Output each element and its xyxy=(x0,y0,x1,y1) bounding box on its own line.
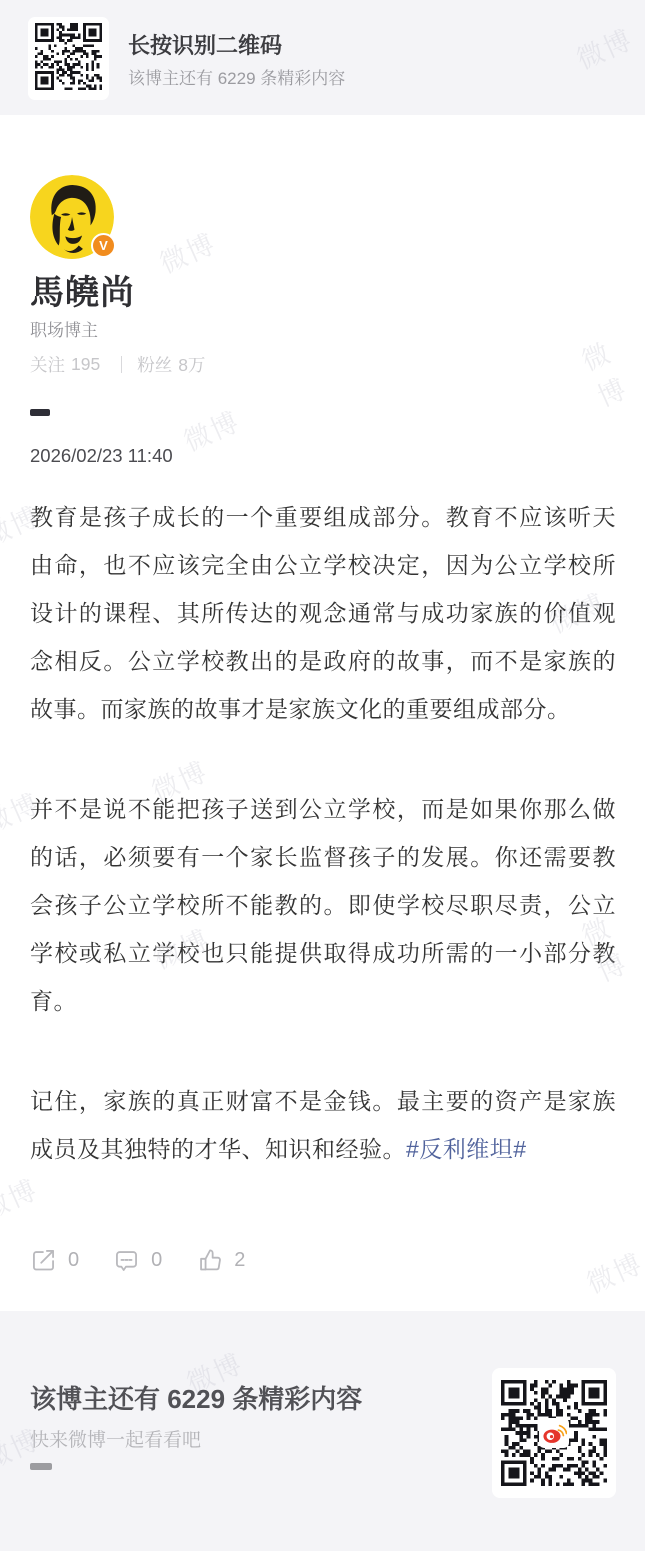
footer-qr-code[interactable] xyxy=(492,1368,616,1498)
post-paragraph: 教育是孩子成长的一个重要组成部分。教育不应该听天由命，也不应该完全由公立学校决定… xyxy=(30,493,616,733)
stats-divider xyxy=(121,356,122,373)
repost-button[interactable]: 0 xyxy=(30,1247,79,1274)
qr-code-image xyxy=(35,23,102,95)
comment-count: 0 xyxy=(151,1249,162,1272)
comment-button[interactable]: 0 xyxy=(113,1247,162,1274)
like-button[interactable]: 2 xyxy=(196,1247,245,1274)
qr-code-image xyxy=(501,1473,607,1490)
followers-label: 粉丝 xyxy=(137,352,172,377)
weibo-eye-icon xyxy=(541,1420,567,1446)
collapsed-menu-dash xyxy=(30,409,50,416)
share-header: 长按识别二维码 该博主还有 6229 条精彩内容 xyxy=(0,0,645,115)
profile-role: 职场博主 xyxy=(30,316,98,341)
post-date: 2026/02/23 11:40 xyxy=(30,445,173,467)
footer-title: 该博主还有 6229 条精彩内容 xyxy=(30,1379,362,1416)
verified-badge: V xyxy=(91,233,116,258)
following-label: 关注 xyxy=(30,352,65,377)
like-icon xyxy=(196,1247,223,1274)
qr-hint-text: 长按识别二维码 xyxy=(128,29,282,60)
profile-stats: 关注 195 粉丝 8万 xyxy=(30,352,211,377)
post-paragraph: 记住，家族的真正财富不是金钱。最主要的资产是家族成员及其独特的才华、知识和经验。… xyxy=(30,1077,616,1173)
footer-dash xyxy=(30,1463,52,1470)
post-card: V 馬皢尚 职场博主 关注 195 粉丝 8万 2026/02/23 11:40… xyxy=(0,115,645,1311)
share-footer: 该博主还有 6229 条精彩内容 快来微博一起看看吧 xyxy=(0,1311,645,1551)
like-count: 2 xyxy=(234,1249,245,1272)
more-content-text: 该博主还有 6229 条精彩内容 xyxy=(128,64,345,89)
weibo-logo xyxy=(539,1418,569,1448)
footer-subtitle: 快来微博一起看看吧 xyxy=(30,1425,201,1452)
hashtag-link[interactable]: #反利维坦# xyxy=(406,1136,527,1162)
repost-count: 0 xyxy=(68,1249,79,1272)
avatar[interactable]: V xyxy=(30,175,114,259)
post-paragraph-text: 记住，家族的真正财富不是金钱。最主要的资产是家族成员及其独特的才华、知识和经验。 xyxy=(30,1088,616,1162)
following-count: 195 xyxy=(71,354,100,375)
engagement-bar: 0 0 2 xyxy=(30,1247,245,1274)
header-qr-code[interactable] xyxy=(28,17,109,100)
comment-icon xyxy=(113,1247,140,1274)
profile-name[interactable]: 馬皢尚 xyxy=(30,265,135,314)
weibo-share-card: 微博微博微博微博微博微博微博微博微博微博微博微博微博微博 长按识别二维码 该博主… xyxy=(0,0,645,1551)
post-paragraph: 并不是说不能把孩子送到公立学校，而是如果你那么做的话，必须要有一个家长监督孩子的… xyxy=(30,785,616,1025)
followers-count: 8万 xyxy=(178,352,205,377)
post-body: 教育是孩子成长的一个重要组成部分。教育不应该听天由命，也不应该完全由公立学校决定… xyxy=(30,493,616,1173)
repost-icon xyxy=(30,1247,57,1274)
